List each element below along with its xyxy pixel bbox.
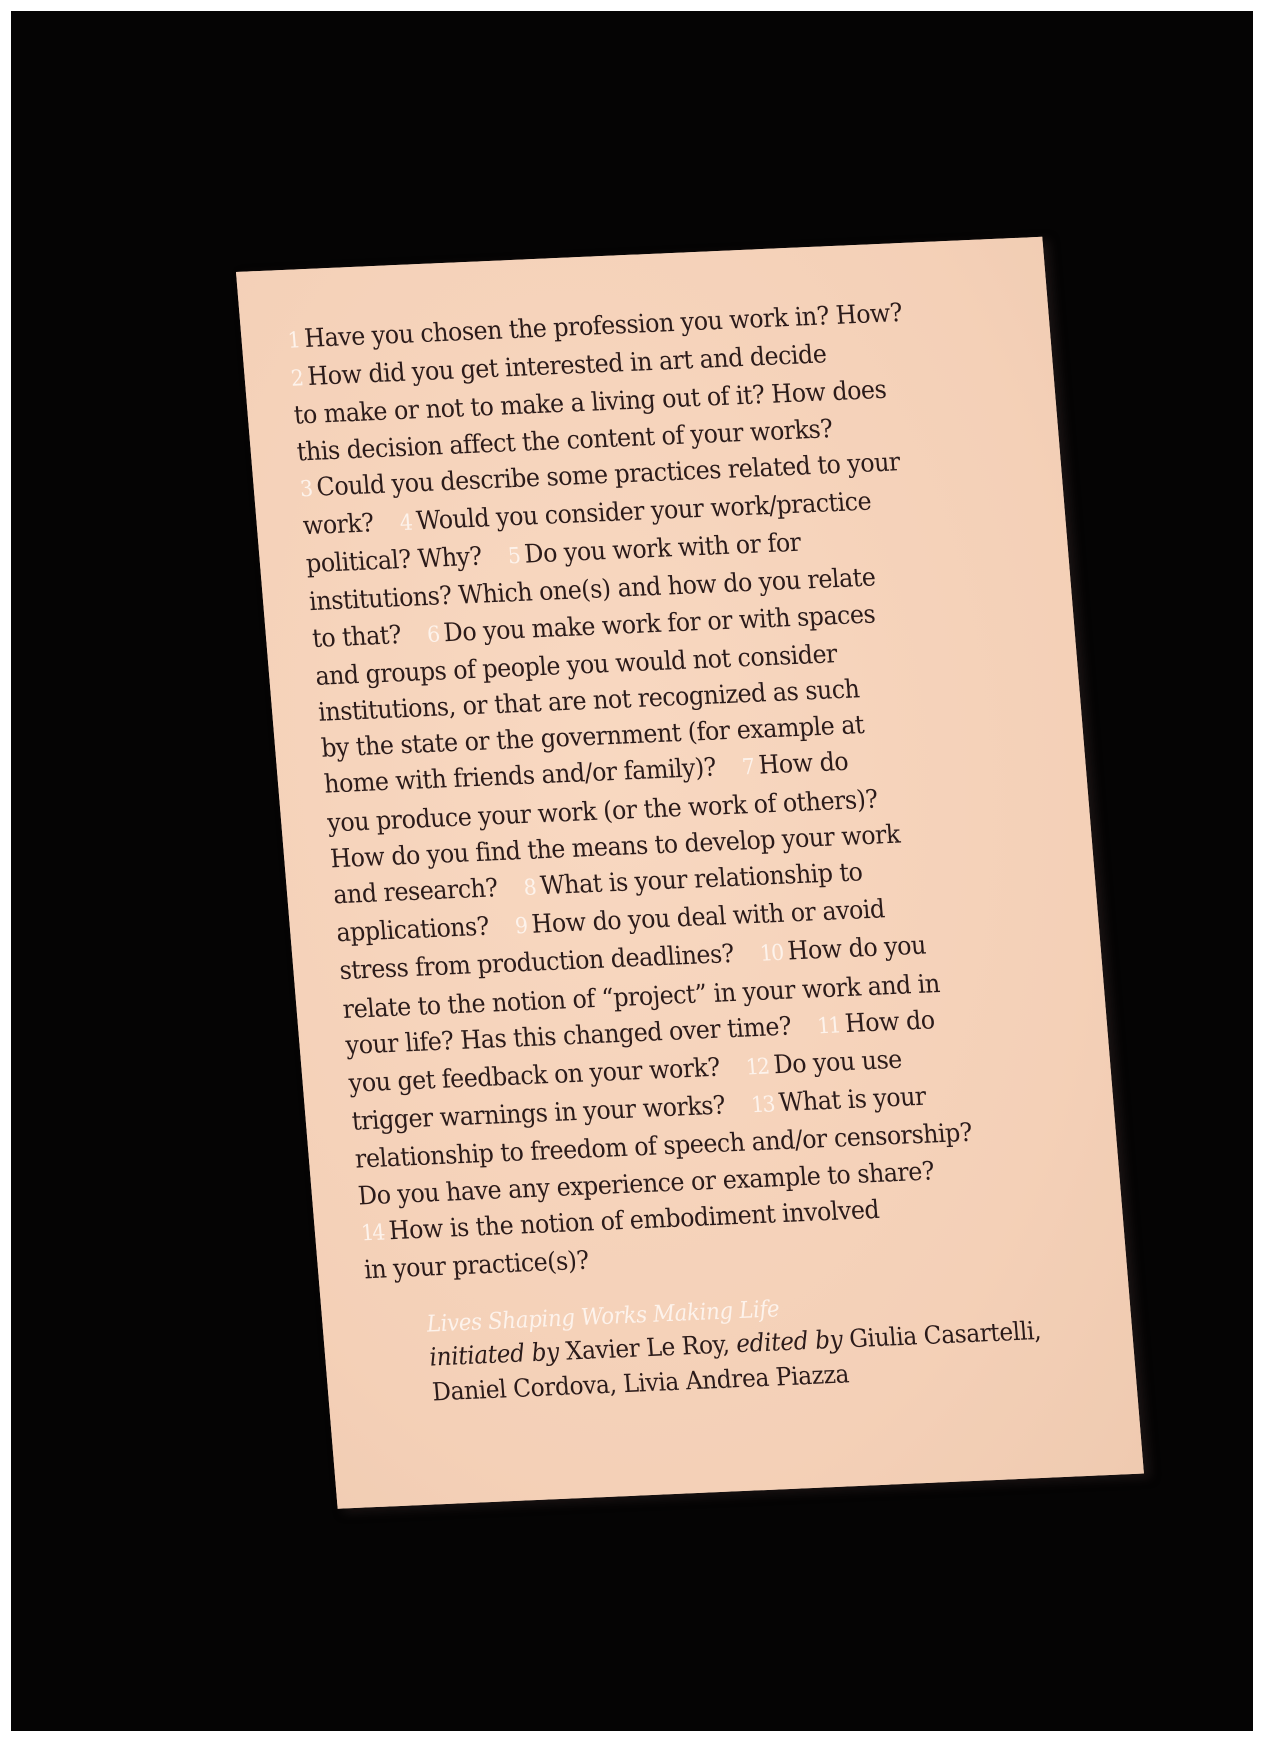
question-number: 9 (514, 914, 527, 939)
questions-text-block: 1Have you chosen the profession you work… (286, 296, 960, 1289)
question-number: 5 (507, 544, 520, 569)
question-number: 12 (745, 1055, 769, 1081)
question-number: 11 (816, 1013, 840, 1039)
question-number: 3 (299, 477, 312, 502)
editors-names-1: Giulia Casartelli, (848, 1316, 1042, 1353)
initiated-label: initiated by (428, 1337, 560, 1372)
question-number: 8 (523, 876, 536, 901)
question-number: 13 (750, 1093, 774, 1119)
question-number: 10 (759, 941, 783, 967)
credits-block: Lives Shaping Works Making Life initiate… (426, 1284, 1029, 1410)
edited-label: edited by (735, 1325, 843, 1359)
question-number: 1 (287, 328, 300, 353)
question-number: 2 (290, 366, 303, 391)
question-number: 4 (399, 511, 412, 536)
question-number: 7 (741, 755, 754, 780)
question-number: 6 (426, 622, 439, 647)
initiator-name: Xavier Le Roy, (565, 1330, 731, 1366)
question-number: 14 (360, 1220, 384, 1246)
book-back-cover: 1Have you chosen the profession you work… (236, 237, 1144, 1509)
